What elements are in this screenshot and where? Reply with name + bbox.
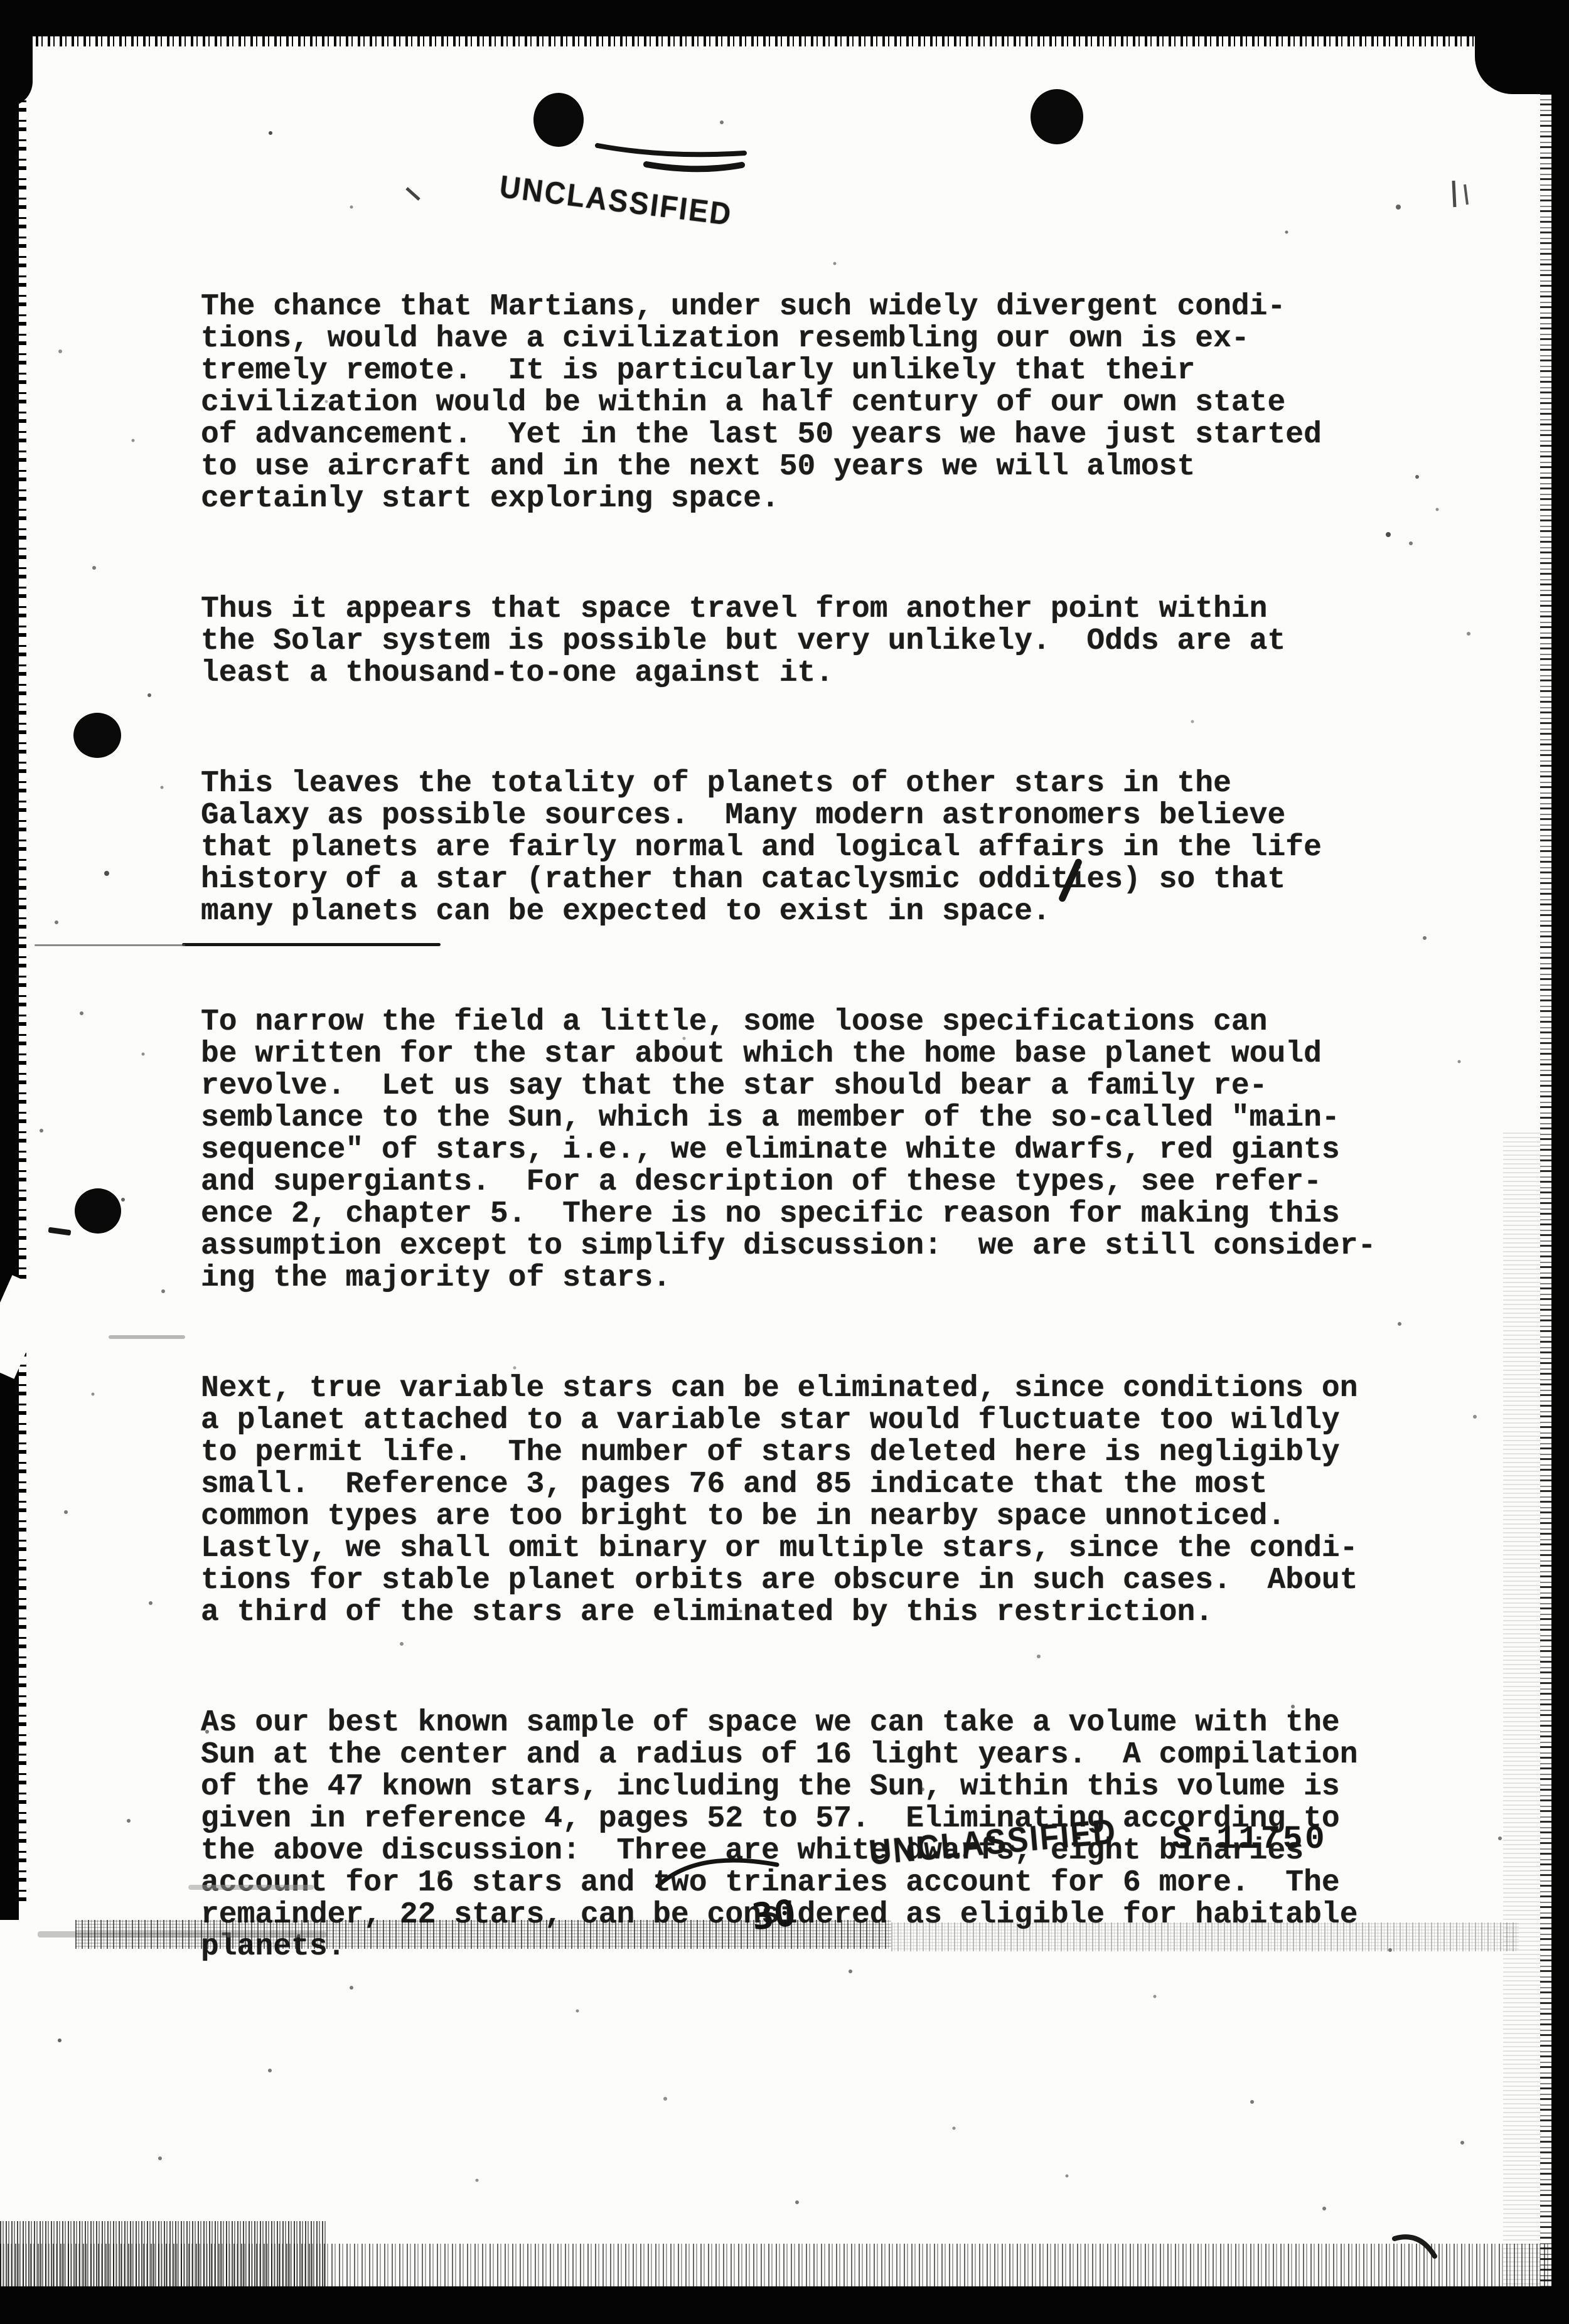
- paragraph-4: To narrow the field a little, some loose…: [201, 1006, 1462, 1294]
- paragraph-1: The chance that Martians, under such wid…: [201, 291, 1462, 515]
- scan-noise-band-left: [75, 1920, 891, 1949]
- document-number: S-11750: [1172, 1821, 1327, 1858]
- pen-underline-mark-faint: [35, 944, 185, 946]
- stray-tick-1: [407, 188, 419, 200]
- pen-swoosh-mark-2: [646, 164, 742, 169]
- paragraph-5: Next, true variable stars can be elimina…: [201, 1373, 1462, 1629]
- scanned-document-page: UNCLASSIFIED: [0, 0, 1569, 2324]
- paragraph-2: Thus it appears that space travel from a…: [201, 594, 1462, 690]
- pen-hook-mark: [1395, 2237, 1435, 2256]
- stray-tick-3: [1465, 184, 1467, 205]
- paragraph-3: This leaves the totality of planets of o…: [201, 768, 1462, 928]
- scan-noise-band-right: [891, 1922, 1519, 1951]
- smudge-mark-2: [188, 1885, 314, 1890]
- pen-swoosh-mark: [597, 146, 744, 154]
- smudge-mark-1: [109, 1335, 185, 1339]
- body-text: The chance that Martians, under such wid…: [201, 227, 1462, 2042]
- pen-underline-mark: [182, 943, 441, 946]
- stray-tick-2: [1454, 181, 1455, 207]
